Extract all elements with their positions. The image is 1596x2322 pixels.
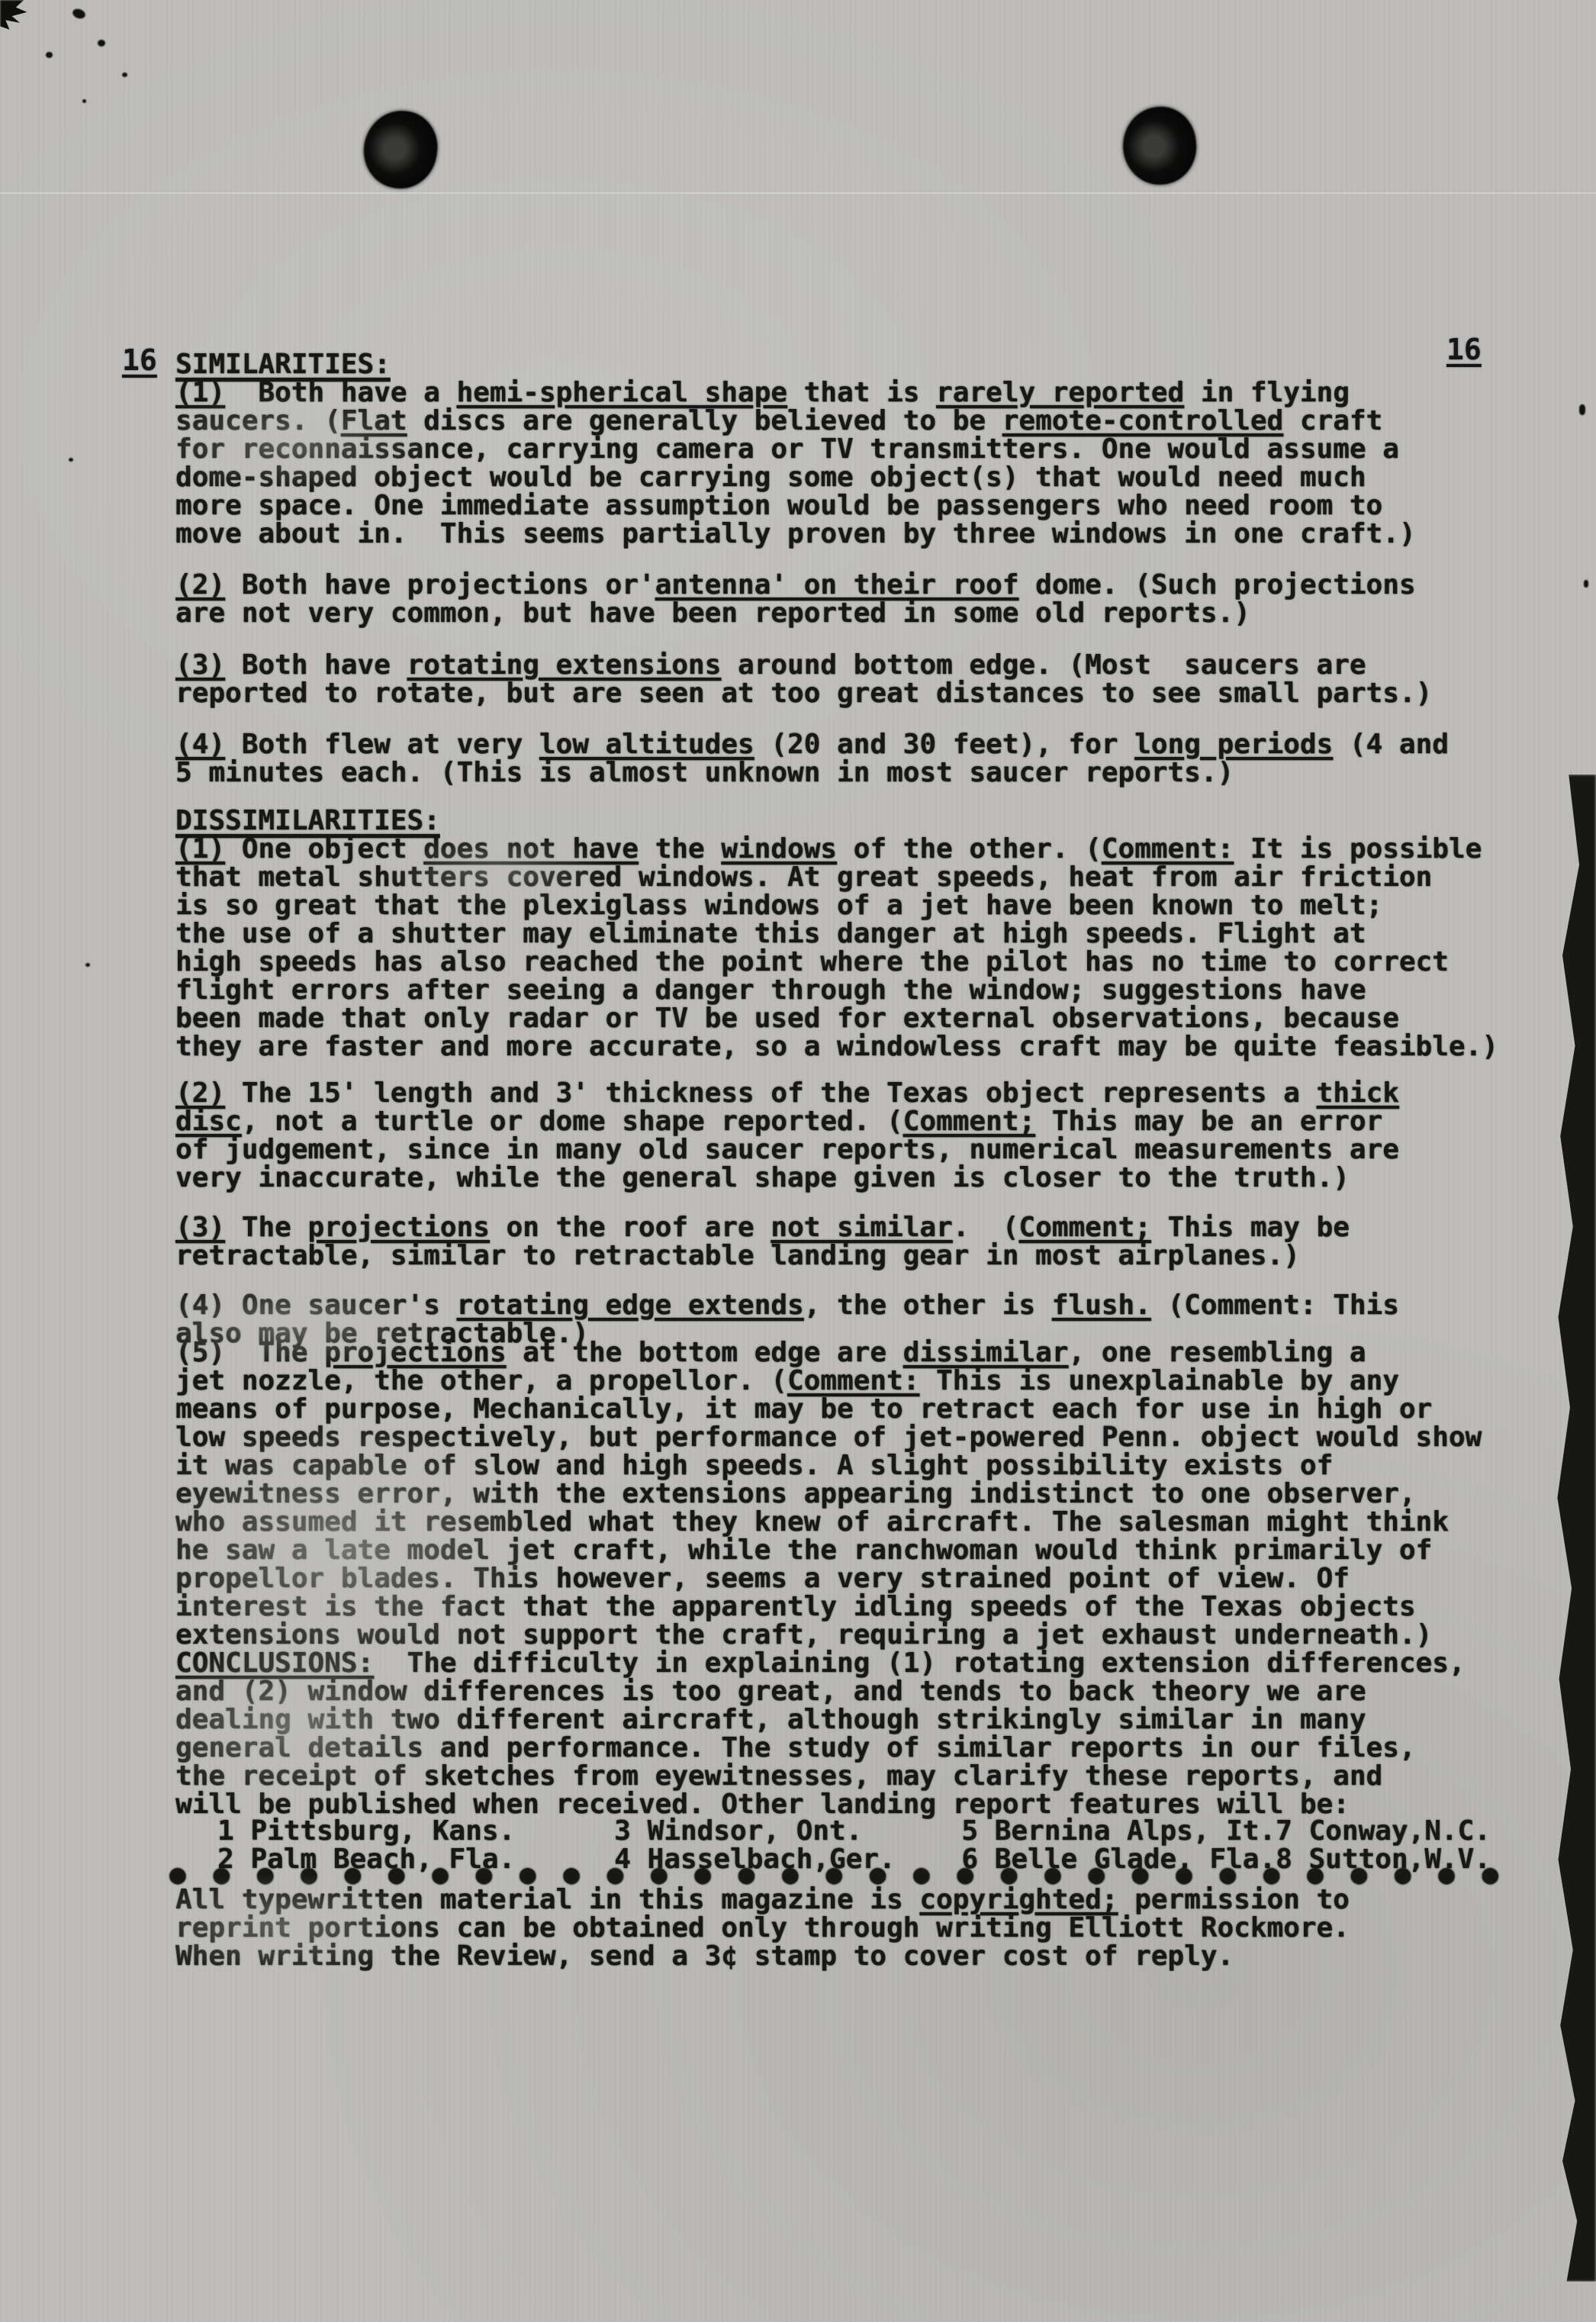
scan-artifact: [1579, 404, 1585, 415]
dissimilarities-item-3: (3) The projections on the roof are not …: [175, 1213, 1350, 1270]
text-segment: been made that only radar or TV be used …: [175, 1003, 1399, 1034]
text-line: general details and performance. The stu…: [175, 1734, 1466, 1762]
text-line: jet nozzle, the other, a propellor. (Com…: [175, 1367, 1482, 1395]
underlined-text: (2): [175, 1077, 225, 1109]
text-line: very inaccurate, while the general shape…: [175, 1164, 1399, 1192]
text-line: are not very common, but have been repor…: [175, 599, 1416, 627]
text-line: is so great that the plexiglass windows …: [175, 891, 1498, 919]
text-segment: propellor blades. This however, seems a …: [175, 1563, 1350, 1594]
text-segment: in flying: [1184, 377, 1350, 408]
text-line: (5) The projections at the bottom edge a…: [175, 1338, 1482, 1367]
punch-hole: [1119, 103, 1200, 188]
text-segment: permission to: [1118, 1884, 1349, 1915]
similarities-item-4: (4) Both flew at very low altitudes (20 …: [175, 730, 1449, 787]
text-segment: they are faster and more accurate, so a …: [175, 1031, 1498, 1062]
underlined-text: projections: [324, 1337, 506, 1368]
scanned-document-page: 16 16 SIMILARITIES: (1) Both have a hemi…: [0, 0, 1596, 2322]
page-number-margin: 16: [122, 343, 157, 377]
text-line: it was capable of slow and high speeds. …: [175, 1451, 1482, 1480]
text-line: the receipt of sketches from eyewitnesse…: [175, 1762, 1466, 1790]
scan-artifact: [0, 0, 40, 34]
underlined-text: windows: [721, 833, 837, 865]
conclusions-paragraph: CONCLUSIONS: The difficulty in explainin…: [175, 1649, 1466, 1818]
text-segment: eyewitness error, with the extensions ap…: [175, 1478, 1416, 1509]
scan-artifact: [69, 458, 73, 462]
text-line: reported to rotate, but are seen at too …: [175, 679, 1432, 707]
underlined-text: copyrighted;: [919, 1884, 1118, 1915]
text-line: dealing with two different aircraft, alt…: [175, 1705, 1466, 1734]
underlined-text: hemi-spherical shape: [456, 377, 787, 408]
text-line: (3) Both have rotating extensions around…: [175, 651, 1432, 679]
text-segment: , the other is: [804, 1290, 1052, 1321]
text-line: SIMILARITIES:: [175, 350, 391, 378]
text-segment: are not very common, but have been repor…: [175, 597, 1250, 629]
dissimilarities-heading: DISSIMILARITIES:: [175, 807, 440, 835]
underlined-text: projections: [307, 1212, 489, 1243]
scan-artifact: [71, 7, 86, 20]
similarities-heading: SIMILARITIES:: [175, 350, 391, 378]
similarities-item-1: (1) Both have a hemi-spherical shape tha…: [175, 378, 1416, 548]
text-line: 1 Pittsburg, Kans. 3 Windsor, Ont. 5 Ber…: [217, 1817, 1491, 1845]
text-line: who assumed it resembled what they knew …: [175, 1508, 1482, 1536]
punch-hole: [359, 106, 442, 193]
text-segment: general details and performance. The stu…: [175, 1732, 1416, 1763]
text-line: low speeds respectively, but performance…: [175, 1423, 1482, 1451]
underlined-text: thick: [1317, 1077, 1399, 1109]
underlined-text: Comment:: [1102, 833, 1234, 865]
text-line: move about in. This seems partially prov…: [175, 520, 1416, 548]
text-line: disc, not a turtle or dome shape reporte…: [175, 1107, 1399, 1135]
underlined-text: flush.: [1052, 1290, 1151, 1321]
text-line: of judgement, since in many old saucer r…: [175, 1135, 1399, 1164]
underlined-text: does not have: [423, 833, 639, 865]
text-line: (3) The projections on the roof are not …: [175, 1213, 1350, 1242]
text-segment: The: [225, 1212, 307, 1243]
underlined-text: DISSIMILARITIES:: [175, 805, 440, 836]
text-segment: Both flew at very: [225, 729, 539, 760]
underlined-text: rarely reported: [936, 377, 1184, 408]
text-line: they are faster and more accurate, so a …: [175, 1032, 1498, 1061]
text-segment: is so great that the plexiglass windows …: [175, 890, 1382, 921]
text-line: CONCLUSIONS: The difficulty in explainin…: [175, 1649, 1466, 1677]
text-line: All typewritten material in this magazin…: [175, 1886, 1350, 1914]
underlined-text: (2): [175, 569, 225, 601]
scan-artifact: [1584, 580, 1588, 588]
underlined-text: Comment;: [903, 1106, 1035, 1137]
text-segment: at the bottom edge are: [507, 1337, 903, 1368]
text-segment: 1 Pittsburg, Kans. 3 Windsor, Ont. 5 Ber…: [217, 1815, 1491, 1847]
text-segment: , one resembling a: [1068, 1337, 1366, 1368]
text-segment: who assumed it resembled what they knew …: [175, 1506, 1449, 1538]
text-line: means of purpose, Mechanically, it may b…: [175, 1395, 1482, 1423]
text-segment: This is unexplainable by any: [919, 1365, 1399, 1396]
similarities-item-2: (2) Both have projections or'antenna' on…: [175, 571, 1416, 627]
text-line: (4) Both flew at very low altitudes (20 …: [175, 730, 1449, 758]
text-segment: 5 minutes each. (This is almost unknown …: [175, 757, 1234, 788]
copyright-notice: All typewritten material in this magazin…: [175, 1886, 1350, 1970]
text-line: (1) One object does not have the windows…: [175, 835, 1498, 863]
underlined-text: (3): [175, 649, 225, 681]
text-segment: (20 and 30 feet), for: [755, 729, 1135, 760]
underlined-text: SIMILARITIES:: [175, 349, 391, 380]
text-line: eyewitness error, with the extensions ap…: [175, 1480, 1482, 1508]
text-segment: dome. (Such projections: [1018, 569, 1415, 601]
text-segment: of the other. (: [837, 833, 1102, 865]
text-segment: discs are generally believed to be: [407, 405, 1002, 436]
underlined-text: remote-controlled: [1002, 405, 1283, 436]
underlined-text: (4): [175, 729, 225, 760]
text-segment: it was capable of slow and high speeds. …: [175, 1450, 1333, 1481]
text-segment: interest is the fact that the apparently…: [175, 1591, 1416, 1622]
scan-artifact: [46, 52, 53, 58]
text-segment: high speeds has also reached the point w…: [175, 946, 1449, 977]
text-segment: It is possible: [1234, 833, 1482, 865]
underlined-text: dissimilar: [903, 1337, 1069, 1368]
text-line: flight errors after seeing a danger thro…: [175, 976, 1498, 1004]
similarities-item-3: (3) Both have rotating extensions around…: [175, 651, 1432, 707]
text-segment: the use of a shutter may eliminate this …: [175, 918, 1366, 949]
text-segment: , not a turtle or dome shape reported. (: [242, 1106, 903, 1137]
page-number: 16: [1446, 333, 1482, 366]
text-line: more space. One immediate assumption wou…: [175, 491, 1416, 520]
underlined-text: Flat: [341, 405, 407, 436]
text-line: When writing the Review, send a 3¢ stamp…: [175, 1942, 1350, 1970]
text-line: dome-shaped object would be carrying som…: [175, 463, 1416, 491]
text-line: propellor blades. This however, seems a …: [175, 1564, 1482, 1593]
text-segment: dealing with two different aircraft, alt…: [175, 1704, 1366, 1735]
text-line: retractable, similar to retractable land…: [175, 1242, 1350, 1270]
text-segment: the: [639, 833, 721, 865]
text-segment: extensions would not support the craft, …: [175, 1619, 1432, 1651]
underlined-text: disc: [175, 1106, 242, 1137]
text-segment: This may be: [1151, 1212, 1350, 1243]
text-segment: (4) One saucer's: [175, 1290, 456, 1321]
text-line: that metal shutters covered windows. At …: [175, 863, 1498, 891]
dissimilarities-item-2: (2) The 15' length and 3' thickness of t…: [175, 1079, 1399, 1192]
text-segment: (5) The: [175, 1337, 324, 1368]
underlined-text: (1): [175, 833, 225, 865]
text-segment: that is: [787, 377, 936, 408]
text-segment: The 15' length and 3' thickness of the T…: [225, 1077, 1316, 1109]
text-line: been made that only radar or TV be used …: [175, 1004, 1498, 1032]
text-segment: craft: [1283, 405, 1382, 436]
dissimilarities-item-5: (5) The projections at the bottom edge a…: [175, 1338, 1482, 1649]
film-edge: [1554, 775, 1596, 2282]
text-line: and (2) window differences is too great,…: [175, 1677, 1466, 1705]
text-segment: All typewritten material in this magazin…: [175, 1884, 919, 1915]
text-segment: The difficulty in explaining (1) rotatin…: [374, 1647, 1465, 1679]
scan-artifact: [1190, 610, 1195, 615]
text-line: (1) Both have a hemi-spherical shape tha…: [175, 378, 1416, 407]
text-segment: around bottom edge. (Most saucers are: [721, 649, 1366, 681]
text-segment: reprint portions can be obtained only th…: [175, 1912, 1350, 1944]
underlined-text: Comment;: [1018, 1212, 1150, 1243]
text-segment: saucers. (: [175, 405, 341, 436]
text-segment: for reconnaissance, carrying camera or T…: [175, 433, 1399, 465]
text-segment: that metal shutters covered windows. At …: [175, 861, 1432, 893]
text-segment: of judgement, since in many old saucer r…: [175, 1134, 1399, 1165]
text-segment: When writing the Review, send a 3¢ stamp…: [175, 1940, 1234, 1972]
text-segment: the receipt of sketches from eyewitnesse…: [175, 1760, 1382, 1792]
text-line: he saw a late model jet craft, while the…: [175, 1536, 1482, 1564]
underlined-text: antenna' on their roof: [655, 569, 1019, 601]
text-line: extensions would not support the craft, …: [175, 1621, 1482, 1649]
text-segment: means of purpose, Mechanically, it may b…: [175, 1393, 1432, 1425]
text-segment: flight errors after seeing a danger thro…: [175, 974, 1366, 1006]
text-segment: (Comment: This: [1151, 1290, 1399, 1321]
text-segment: Both have a: [225, 377, 456, 408]
text-segment: move about in. This seems partially prov…: [175, 518, 1416, 549]
text-segment: he saw a late model jet craft, while the…: [175, 1535, 1432, 1566]
text-segment: Both have projections or': [225, 569, 655, 601]
dissimilarities-item-1: (1) One object does not have the windows…: [175, 835, 1498, 1061]
text-segment: dome-shaped object would be carrying som…: [175, 462, 1366, 493]
text-line: (4) One saucer's rotating edge extends, …: [175, 1291, 1399, 1319]
text-segment: (4 and: [1333, 729, 1449, 760]
text-line: DISSIMILARITIES:: [175, 807, 440, 835]
text-segment: reported to rotate, but are seen at too …: [175, 678, 1432, 709]
text-line: high speeds has also reached the point w…: [175, 948, 1498, 976]
underlined-text: rotating extensions: [407, 649, 721, 681]
text-line: will be published when received. Other l…: [175, 1790, 1466, 1818]
underlined-text: low altitudes: [539, 729, 755, 760]
text-segment: more space. One immediate assumption wou…: [175, 490, 1382, 521]
text-line: (2) Both have projections or'antenna' on…: [175, 571, 1416, 599]
underlined-text: (1): [175, 377, 225, 408]
text-line: for reconnaissance, carrying camera or T…: [175, 435, 1416, 463]
text-line: the use of a shutter may eliminate this …: [175, 919, 1498, 948]
text-segment: retractable, similar to retractable land…: [175, 1240, 1300, 1271]
text-line: 5 minutes each. (This is almost unknown …: [175, 758, 1449, 787]
underlined-text: Comment:: [787, 1365, 919, 1396]
scan-artifact: [122, 72, 127, 77]
underlined-text: rotating edge extends: [456, 1290, 803, 1321]
underlined-text: (3): [175, 1212, 225, 1243]
text-segment: This may be an error: [1035, 1106, 1382, 1137]
text-line: (2) The 15' length and 3' thickness of t…: [175, 1079, 1399, 1107]
underlined-text: long periods: [1134, 729, 1333, 760]
text-line: interest is the fact that the apparently…: [175, 1593, 1482, 1621]
scan-artifact: [82, 99, 86, 103]
text-segment: low speeds respectively, but performance…: [175, 1422, 1482, 1453]
scan-artifact: [98, 40, 105, 47]
text-segment: One object: [225, 833, 423, 865]
text-segment: . (: [953, 1212, 1019, 1243]
underlined-text: CONCLUSIONS:: [175, 1647, 374, 1679]
text-segment: Both have: [225, 649, 407, 681]
text-line: saucers. (Flat discs are generally belie…: [175, 407, 1416, 435]
underlined-text: not similar: [771, 1212, 952, 1243]
text-segment: and (2) window differences is too great,…: [175, 1676, 1366, 1707]
text-line: reprint portions can be obtained only th…: [175, 1914, 1350, 1942]
text-segment: on the roof are: [490, 1212, 771, 1243]
scan-artifact: [0, 192, 1596, 194]
text-segment: jet nozzle, the other, a propellor. (: [175, 1365, 787, 1396]
scan-artifact: [85, 963, 90, 967]
text-segment: very inaccurate, while the general shape…: [175, 1162, 1350, 1193]
